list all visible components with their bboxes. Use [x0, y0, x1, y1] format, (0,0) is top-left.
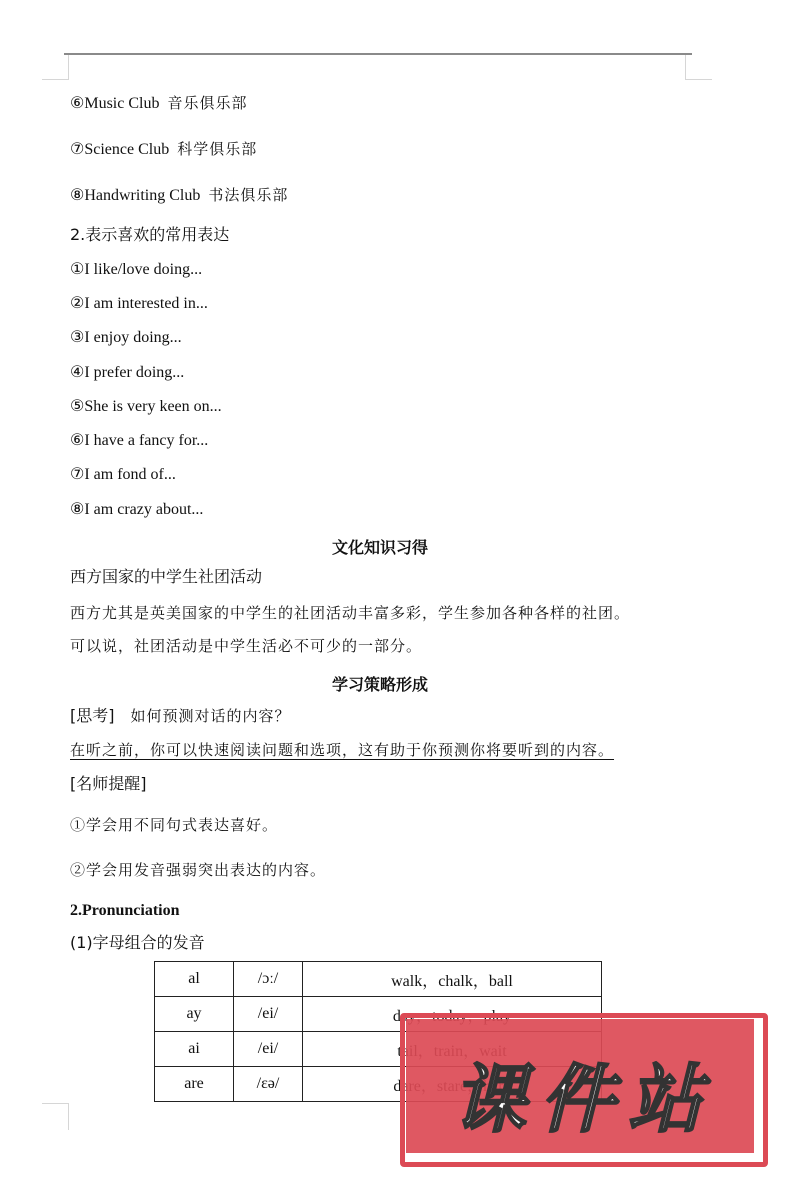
club-number: ⑥ [70, 95, 84, 112]
club-number: ⑦ [70, 141, 84, 158]
page-corner-mark-top-right [685, 55, 712, 80]
club-chinese: 书法俱乐部 [208, 186, 288, 204]
expression-item: ④I prefer doing... [70, 363, 184, 383]
think-label: [思考] [70, 706, 115, 725]
strategy-section-title: 学习策略形成 [0, 672, 760, 695]
club-english: Science Club [84, 141, 169, 158]
club-english: Music Club [84, 95, 159, 112]
page-top-border [64, 53, 692, 55]
culture-paragraph-line: 可以说，社团活动是中学生活必不可少的一部分。 [70, 636, 422, 656]
club-number: ⑧ [70, 187, 84, 204]
club-english: Handwriting Club [84, 187, 200, 204]
think-row: [思考] 如何预测对话的内容？ [70, 706, 291, 727]
culture-section-title: 文化知识习得 [0, 535, 760, 558]
expression-item: ⑥I have a fancy for... [70, 431, 208, 451]
letters-cell: al [155, 962, 234, 997]
expression-item: ③I enjoy doing... [70, 328, 182, 348]
club-item: ⑧Handwriting Club 书法俱乐部 [70, 185, 288, 206]
pronunciation-heading-number: 2 [70, 902, 78, 919]
letters-cell: ay [155, 997, 234, 1032]
think-question: 如何预测对话的内容？ [131, 707, 291, 725]
expressions-heading: 2.表示喜欢的常用表达 [70, 225, 229, 245]
pronunciation-subheading: (1)字母组合的发音 [70, 933, 205, 953]
watermark-text: 课件站 [400, 1041, 768, 1147]
club-item: ⑦Science Club 科学俱乐部 [70, 139, 257, 160]
watermark-stamp: 课件站 [400, 1013, 768, 1167]
expression-item: ①I like/love doing... [70, 260, 202, 280]
expression-item: ⑦I am fond of... [70, 465, 176, 485]
pronunciation-heading: 2.Pronunciation [70, 901, 180, 921]
table-row: al /ɔː/ walk，chalk，ball [155, 962, 602, 997]
think-answer: 在听之前，你可以快速阅读问题和选项，这有助于你预测你将要听到的内容。 [70, 740, 614, 760]
club-chinese: 科学俱乐部 [177, 140, 257, 158]
letters-cell: are [155, 1067, 234, 1102]
ipa-cell: /ei/ [234, 997, 303, 1032]
tip-item: ②学会用发音强弱突出表达的内容。 [70, 860, 326, 880]
ipa-cell: /ɔː/ [234, 962, 303, 997]
page-corner-mark-bottom-left [42, 1103, 69, 1130]
expression-item: ⑧I am crazy about... [70, 500, 203, 520]
expression-item: ②I am interested in... [70, 294, 208, 314]
page-corner-mark-top-left [42, 55, 69, 80]
tip-item: ①学会用不同句式表达喜好。 [70, 815, 278, 835]
club-chinese: 音乐俱乐部 [167, 94, 247, 112]
expression-item: ⑤She is very keen on... [70, 397, 222, 417]
examples-cell: walk，chalk，ball [303, 962, 602, 997]
letters-cell: ai [155, 1032, 234, 1067]
tips-label: [名师提醒] [70, 774, 147, 794]
ipa-cell: /εə/ [234, 1067, 303, 1102]
ipa-cell: /ei/ [234, 1032, 303, 1067]
pronunciation-heading-text: .Pronunciation [78, 902, 180, 919]
culture-paragraph-line: 西方尤其是英美国家的中学生的社团活动丰富多彩，学生参加各种各样的社团。 [70, 603, 630, 623]
club-item: ⑥Music Club 音乐俱乐部 [70, 93, 247, 114]
culture-subtitle: 西方国家的中学生社团活动 [70, 567, 262, 587]
